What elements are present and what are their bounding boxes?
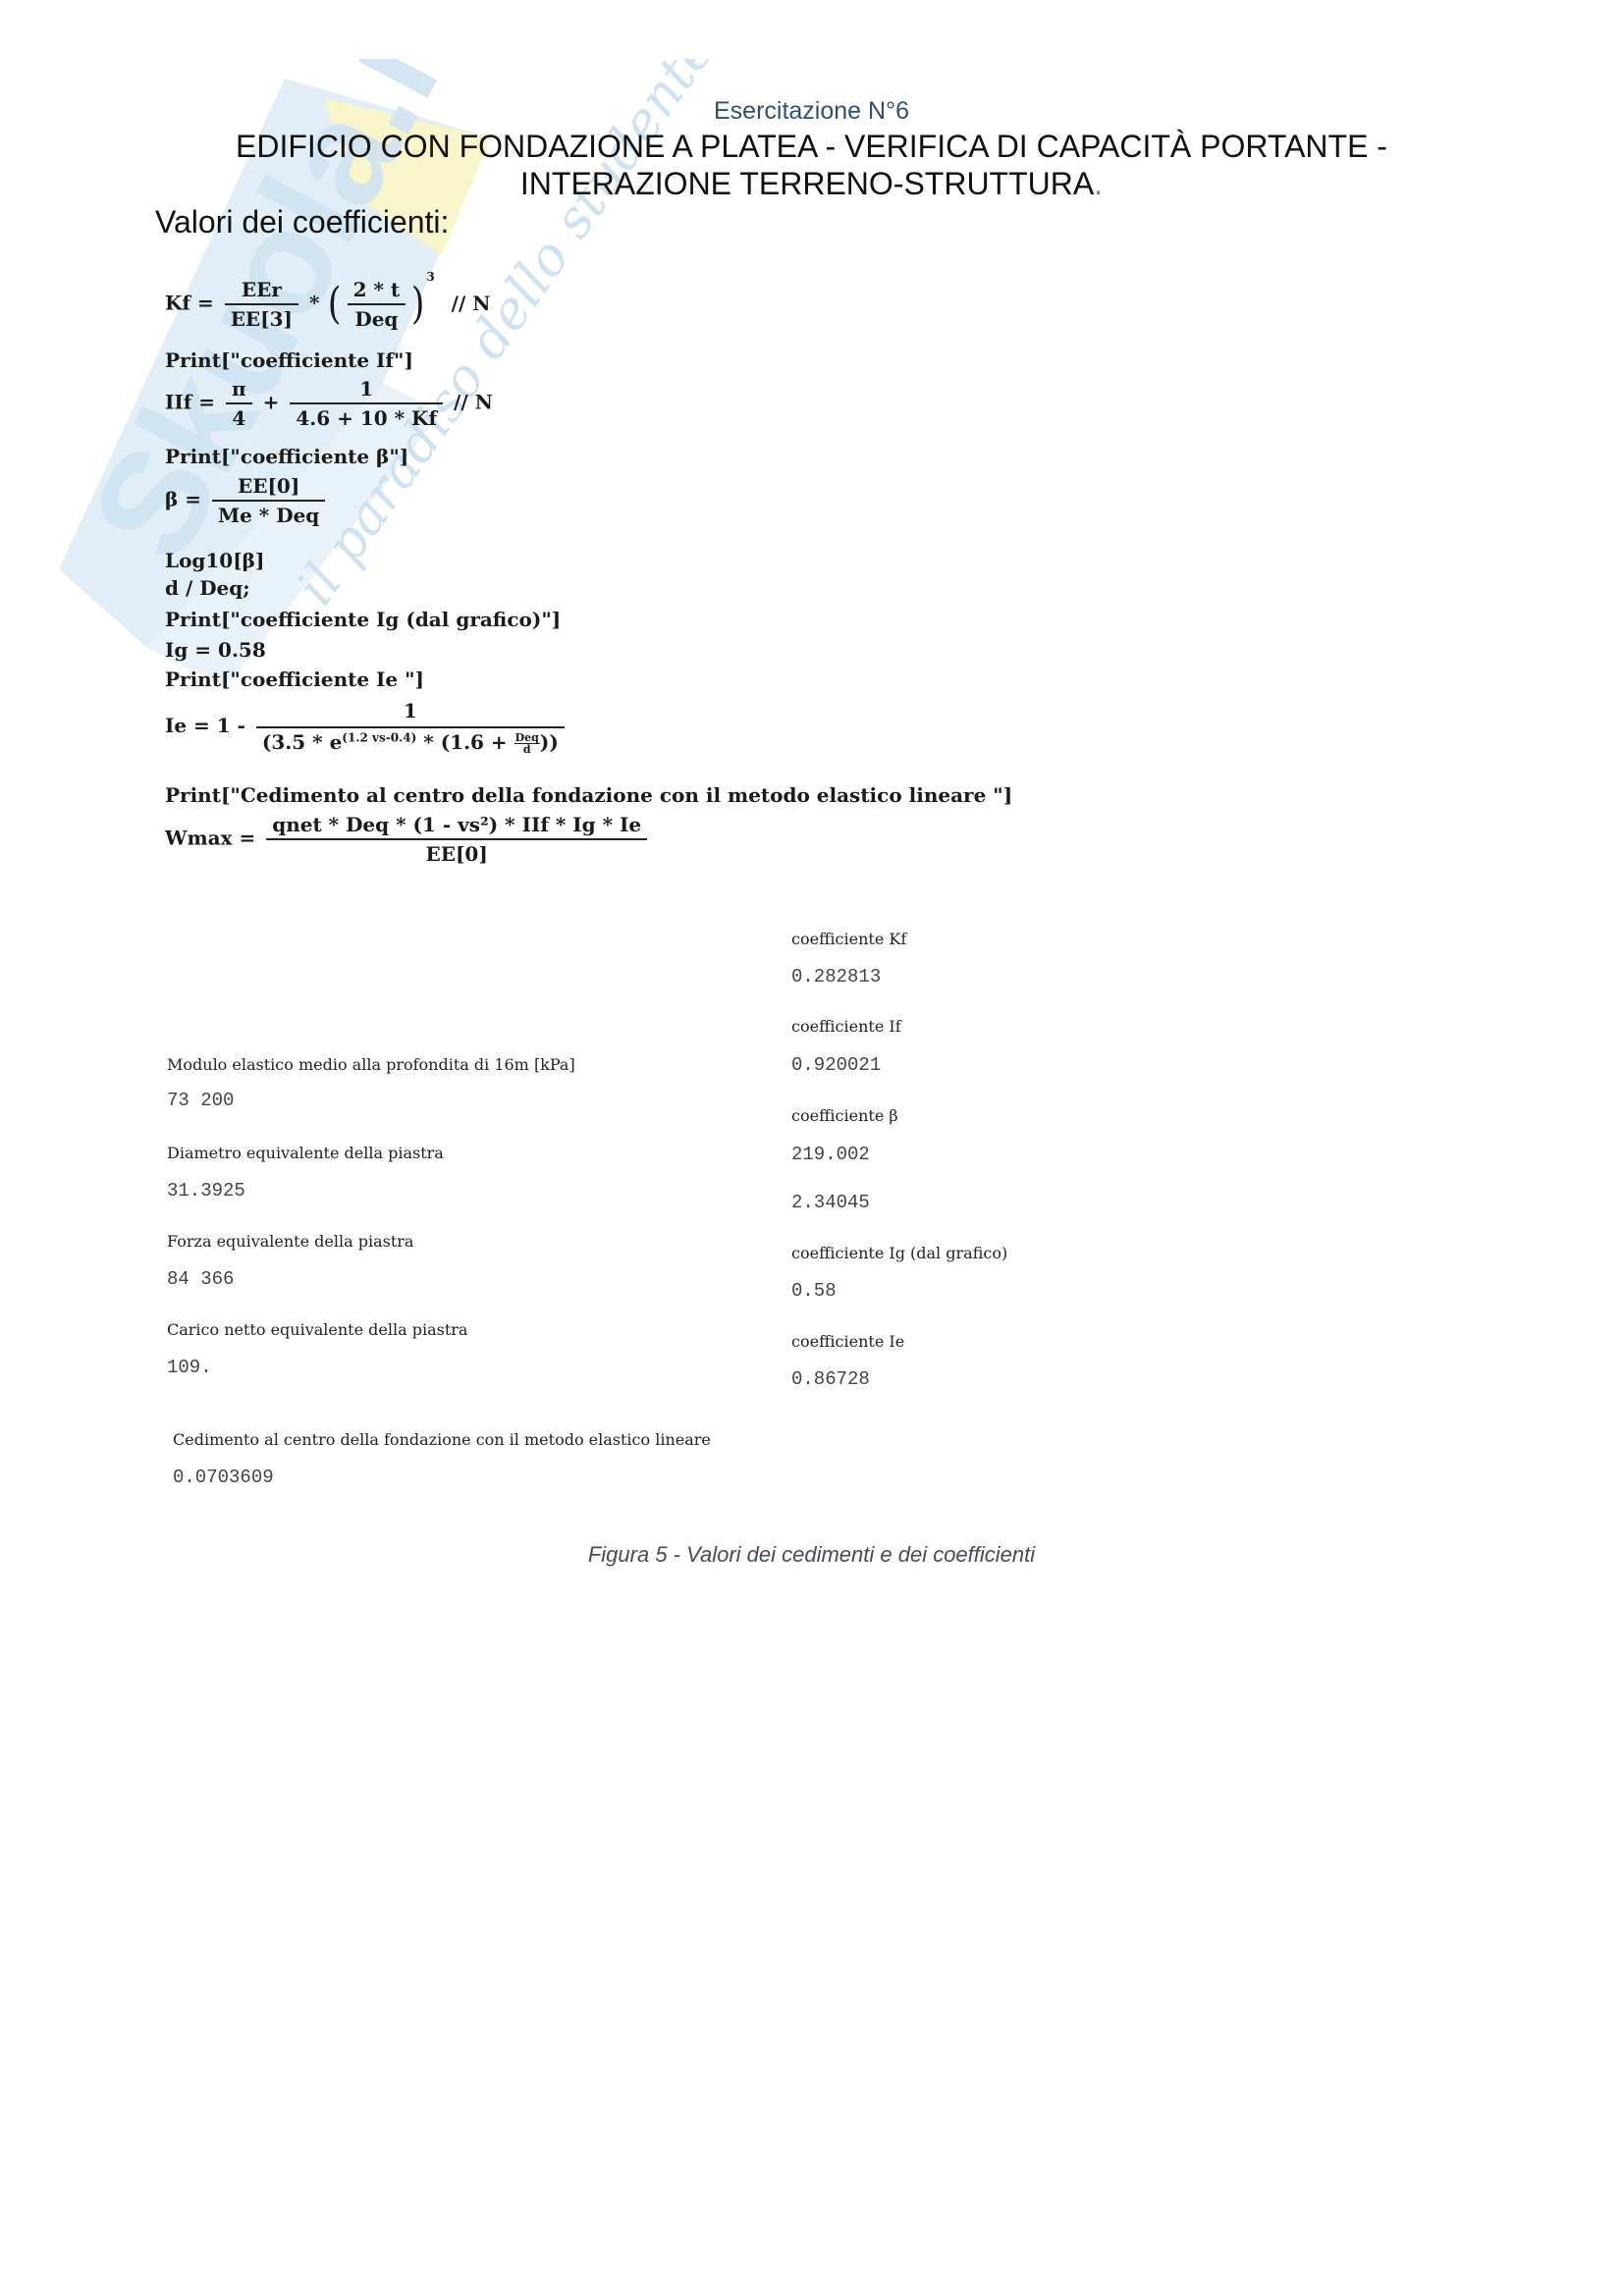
output-log-beta-value: 2.34045 bbox=[791, 1192, 870, 1213]
kf-fraction-1: EErEE[3] bbox=[225, 278, 298, 331]
wmax-fraction: qnet * Deq * (1 - vs²) * IIf * Ig * IeEE… bbox=[266, 813, 647, 866]
ie-fraction: 1 (3.5 * e(1.2 vs-0.4) * (1.6 + Deqd)) bbox=[256, 699, 565, 755]
kf-fraction-2: 2 * tDeq bbox=[348, 278, 406, 331]
output-modulus-label: Modulo elastico medio alla profondita di… bbox=[167, 1055, 575, 1074]
kf-den1: EE[3] bbox=[225, 305, 298, 331]
code-print-w: Print["Cedimento al centro della fondazi… bbox=[165, 783, 1012, 807]
iif-suffix: // N bbox=[454, 391, 493, 414]
title-dot: . bbox=[1094, 166, 1103, 201]
output-load-label: Carico netto equivalente della piastra bbox=[167, 1320, 467, 1339]
output-if-label: coefficiente If bbox=[791, 1017, 901, 1036]
kf-den2: Deq bbox=[348, 305, 406, 331]
output-ig-value: 0.58 bbox=[791, 1280, 837, 1302]
iif-plus: + bbox=[263, 391, 280, 414]
kf-mul: * bbox=[309, 292, 319, 315]
output-force-value: 84 366 bbox=[167, 1268, 234, 1290]
code-ratio: d / Deq; bbox=[165, 576, 250, 600]
ie-small-fraction: Deqd bbox=[514, 732, 540, 755]
document-title-line1: EDIFICIO CON FONDAZIONE A PLATEA - VERIF… bbox=[0, 129, 1623, 165]
wmax-num: qnet * Deq * (1 - vs²) * IIf * Ig * Ie bbox=[266, 813, 647, 840]
code-log: Log10[β] bbox=[165, 549, 264, 572]
ie-den-c: )) bbox=[540, 730, 559, 754]
iif-num2: 1 bbox=[290, 377, 443, 404]
output-ie-label: coefficiente Ie bbox=[791, 1332, 904, 1351]
output-force-label: Forza equivalente della piastra bbox=[167, 1232, 413, 1251]
code-print-ig: Print["coefficiente Ig (dal grafico)"] bbox=[165, 608, 561, 631]
iif-lhs: IIf = bbox=[165, 391, 215, 414]
output-load-value: 109. bbox=[167, 1357, 212, 1378]
code-beta: β = EE[0]Me * Deq bbox=[165, 474, 329, 527]
code-ig: Ig = 0.58 bbox=[165, 638, 266, 662]
exercise-number: Esercitazione N°6 bbox=[0, 97, 1623, 126]
beta-fraction: EE[0]Me * Deq bbox=[212, 474, 325, 527]
code-print-if: Print["coefficiente If"] bbox=[165, 348, 413, 372]
title-text: INTERAZIONE TERRENO-STRUTTURA bbox=[520, 166, 1094, 201]
ie-lhs: Ie = 1 - bbox=[165, 714, 245, 737]
code-wmax: Wmax = qnet * Deq * (1 - vs²) * IIf * Ig… bbox=[165, 813, 651, 866]
output-diameter-value: 31.3925 bbox=[167, 1180, 245, 1201]
paren-close: ) bbox=[411, 283, 425, 326]
iif-num1: π bbox=[226, 377, 252, 404]
kf-num2: 2 * t bbox=[348, 278, 406, 305]
output-kf-value: 0.282813 bbox=[791, 966, 881, 988]
code-ie: Ie = 1 - 1 (3.5 * e(1.2 vs-0.4) * (1.6 +… bbox=[165, 699, 568, 755]
output-if-value: 0.920021 bbox=[791, 1054, 881, 1076]
wmax-lhs: Wmax = bbox=[165, 827, 255, 850]
document-title-line2: INTERAZIONE TERRENO-STRUTTURA. bbox=[0, 166, 1623, 202]
wmax-den: EE[0] bbox=[266, 840, 647, 866]
figure-caption: Figura 5 - Valori dei cedimenti e dei co… bbox=[0, 1542, 1623, 1568]
ie-den: (3.5 * e(1.2 vs-0.4) * (1.6 + Deqd)) bbox=[256, 728, 565, 755]
output-beta-label: coefficiente β bbox=[791, 1106, 898, 1125]
iif-fraction-1: π4 bbox=[226, 377, 252, 430]
output-settlement-label: Cedimento al centro della fondazione con… bbox=[173, 1430, 711, 1449]
output-beta-value: 219.002 bbox=[791, 1144, 870, 1165]
code-iif: IIf = π4 + 14.6 + 10 * Kf // N bbox=[165, 377, 493, 430]
iif-fraction-2: 14.6 + 10 * Kf bbox=[290, 377, 443, 430]
iif-den2: 4.6 + 10 * Kf bbox=[290, 404, 443, 430]
code-print-ie: Print["coefficiente Ie "] bbox=[165, 667, 424, 691]
kf-lhs: Kf = bbox=[165, 292, 214, 315]
output-diameter-label: Diametro equivalente della piastra bbox=[167, 1144, 444, 1162]
kf-suffix: // N bbox=[452, 292, 491, 315]
output-kf-label: coefficiente Kf bbox=[791, 930, 906, 948]
ie-den-b: * (1.6 + bbox=[423, 730, 507, 754]
ie-den-a: 3.5 * e bbox=[271, 730, 342, 754]
paren-open: ( bbox=[328, 283, 342, 326]
section-heading: Valori dei coefficienti: bbox=[155, 204, 449, 240]
ie-den-exp: (1.2 vs-0.4) bbox=[342, 730, 416, 744]
ie-num: 1 bbox=[256, 699, 565, 728]
output-ig-label: coefficiente Ig (dal grafico) bbox=[791, 1244, 1007, 1262]
code-kf: Kf = EErEE[3] * (2 * tDeq)3 // N bbox=[165, 278, 491, 331]
output-settlement-value: 0.0703609 bbox=[173, 1467, 274, 1488]
beta-lhs: β = bbox=[165, 488, 201, 511]
output-ie-value: 0.86728 bbox=[791, 1368, 870, 1390]
kf-exponent: 3 bbox=[426, 270, 434, 284]
output-modulus-value: 73 200 bbox=[167, 1090, 234, 1111]
code-print-beta: Print["coefficiente β"] bbox=[165, 445, 408, 468]
beta-num: EE[0] bbox=[212, 474, 325, 502]
beta-den: Me * Deq bbox=[212, 502, 325, 527]
iif-den1: 4 bbox=[226, 404, 252, 430]
kf-num1: EEr bbox=[225, 278, 298, 305]
ie-small-den: d bbox=[523, 743, 531, 756]
